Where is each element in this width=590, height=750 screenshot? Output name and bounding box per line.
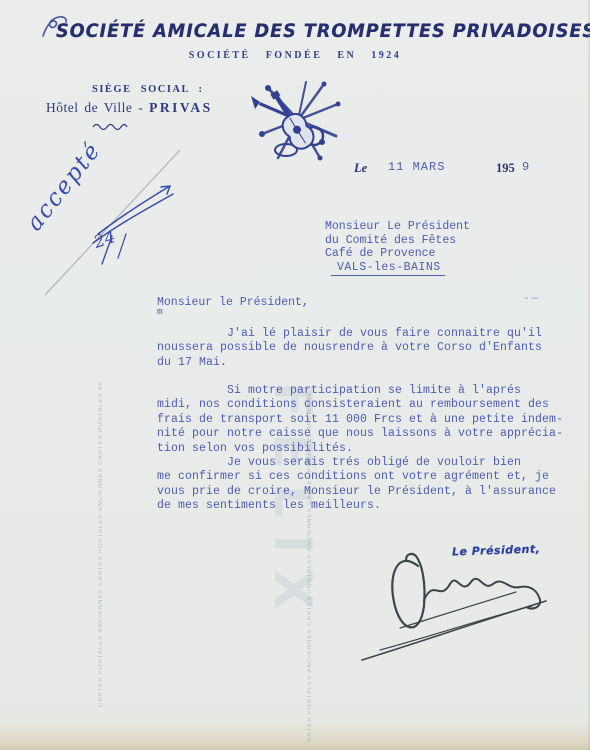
letterhead-subtitle: SOCIÉTÉ FONDÉE EN 1924 xyxy=(0,50,590,61)
date-prefix: Le xyxy=(354,161,367,176)
annotation-strokes-icon xyxy=(0,0,220,320)
siege-social-label: SIÈGE SOCIAL : xyxy=(92,84,204,95)
siege-social-address: Hôtel de Ville - PRIVAS xyxy=(46,100,213,116)
accepte-handwriting: accepté xyxy=(22,138,107,236)
salutation: Monsieur le Président, xyxy=(157,296,309,309)
siege-address-plain: Hôtel de Ville - xyxy=(46,100,149,115)
date-printed-year: 195 xyxy=(496,161,515,176)
body-paragraph-3: Je vous serais trés obligé de vouloir bi… xyxy=(157,456,556,514)
instruments-emblem-icon xyxy=(248,76,348,164)
handwritten-signature-icon xyxy=(340,540,570,670)
recipient-address: Monsieur Le Président du Comité des Fête… xyxy=(325,220,470,261)
body-paragraph-1: J'ai lé plaisir de vous faire connaitre … xyxy=(157,327,542,370)
recipient-city: VALS-les-BAINS xyxy=(331,261,445,276)
salutation-typo-correction: m xyxy=(157,306,163,317)
number-24-handwriting: 24 xyxy=(91,227,118,253)
date-typed: 11 MARS xyxy=(388,160,445,174)
margin-dash-marks: -— xyxy=(523,293,540,305)
squiggle-divider-icon xyxy=(92,122,128,130)
date-typed-year-digit: 9 xyxy=(522,160,529,174)
watermark-text-left: CARTES POSTALES ANCIENNES CARTES POSTALE… xyxy=(98,382,104,707)
paper-bottom-edge xyxy=(0,743,590,750)
letter-document: FELIX CARTES POSTALES ANCIENNES CARTES P… xyxy=(0,0,590,750)
siege-address-city: PRIVAS xyxy=(149,100,213,115)
letterhead-title: SOCIÉTÉ AMICALE DES TROMPETTES PRIVADOIS… xyxy=(56,20,521,42)
body-paragraph-2: Si motre participation se limite à l'apr… xyxy=(157,384,563,456)
